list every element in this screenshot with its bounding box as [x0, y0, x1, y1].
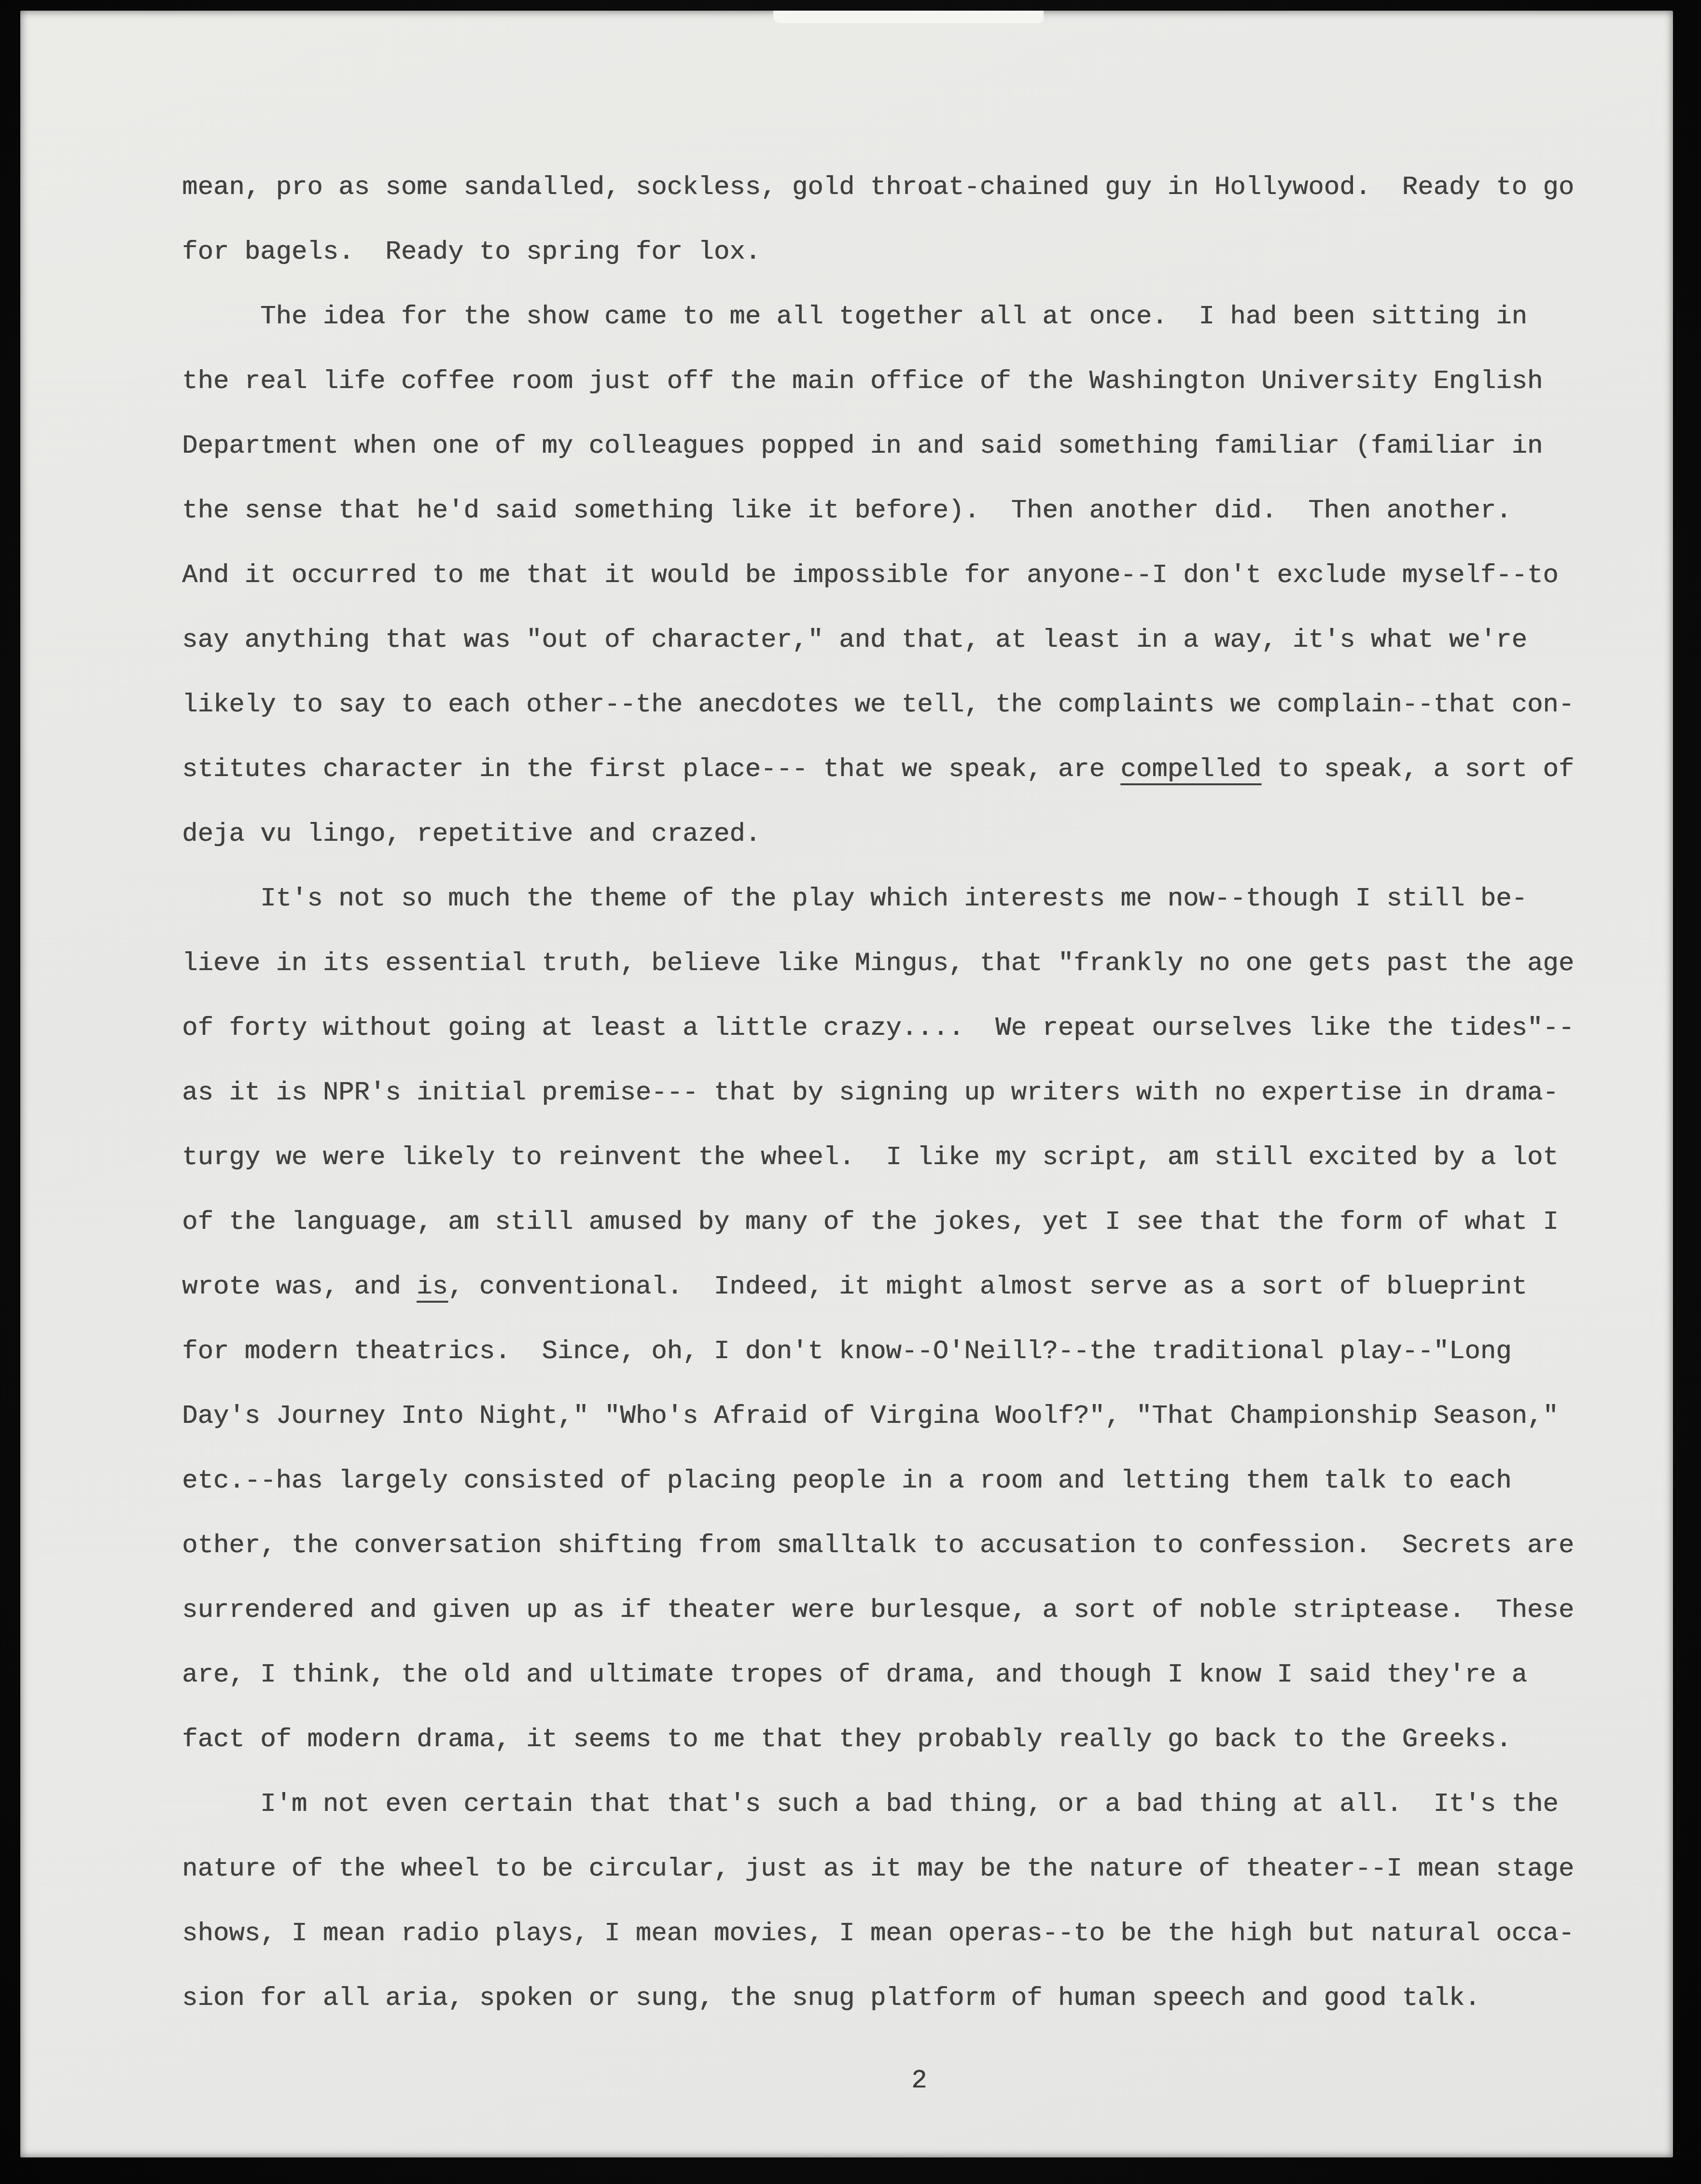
typed-text: fact of modern drama, it seems to me tha… [182, 1725, 1511, 1754]
typed-text: sion for all aria, spoken or sung, the s… [182, 1984, 1480, 2013]
typed-text: of the language, am still amused by many… [182, 1208, 1559, 1237]
typed-text: I'm not even certain that that's such a … [182, 1790, 1559, 1819]
typed-line: are, I think, the old and ultimate trope… [182, 1643, 1630, 1708]
typed-text: the real life coffee room just off the m… [182, 367, 1543, 396]
typed-text: wrote was, and [182, 1272, 417, 1302]
typed-line: as it is NPR's initial premise--- that b… [182, 1061, 1630, 1126]
typed-text: for bagels. Ready to spring for lox. [182, 237, 761, 267]
typed-text: are, I think, the old and ultimate trope… [182, 1660, 1527, 1690]
typed-line: Department when one of my colleagues pop… [182, 414, 1630, 479]
torn-paper-edge [773, 11, 1044, 23]
typed-line: wrote was, and is, conventional. Indeed,… [182, 1255, 1630, 1320]
underlined-word: compelled [1120, 755, 1261, 784]
typed-text: It's not so much the theme of the play w… [182, 884, 1527, 914]
typed-text-block: mean, pro as some sandalled, sockless, g… [182, 155, 1630, 2031]
typed-text: And it occurred to me that it would be i… [182, 561, 1559, 590]
typed-text: mean, pro as some sandalled, sockless, g… [182, 173, 1574, 202]
typed-line: etc.--has largely consisted of placing p… [182, 1449, 1630, 1514]
typed-line: fact of modern drama, it seems to me tha… [182, 1708, 1630, 1772]
typed-line: nature of the wheel to be circular, just… [182, 1837, 1630, 1902]
typed-line: of forty without going at least a little… [182, 996, 1630, 1061]
typed-text: other, the conversation shifting from sm… [182, 1531, 1574, 1560]
typed-text: stitutes character in the first place---… [182, 755, 1120, 784]
typed-line: lieve in its essential truth, believe li… [182, 932, 1630, 996]
typed-line: I'm not even certain that that's such a … [182, 1772, 1630, 1837]
typed-line: for modern theatrics. Since, oh, I don't… [182, 1320, 1630, 1384]
typed-line: mean, pro as some sandalled, sockless, g… [182, 155, 1630, 220]
typed-line: And it occurred to me that it would be i… [182, 543, 1630, 608]
typed-line: turgy we were likely to reinvent the whe… [182, 1126, 1630, 1190]
paper-sheet: mean, pro as some sandalled, sockless, g… [20, 11, 1673, 2157]
typed-line: The idea for the show came to me all tog… [182, 285, 1630, 349]
typed-text: of forty without going at least a little… [182, 1014, 1574, 1043]
typed-text: surrendered and given up as if theater w… [182, 1596, 1574, 1625]
typed-line: for bagels. Ready to spring for lox. [182, 220, 1630, 285]
typed-text: , conventional. Indeed, it might almost … [448, 1272, 1527, 1302]
typed-text: to speak, a sort of [1261, 755, 1574, 784]
typed-text: etc.--has largely consisted of placing p… [182, 1466, 1511, 1496]
underlined-word: is [417, 1272, 448, 1302]
typed-text: shows, I mean radio plays, I mean movies… [182, 1919, 1574, 1948]
typed-text: for modern theatrics. Since, oh, I don't… [182, 1337, 1511, 1366]
typed-line: deja vu lingo, repetitive and crazed. [182, 802, 1630, 867]
typed-text: Day's Journey Into Night," "Who's Afraid… [182, 1402, 1559, 1431]
typed-line: the real life coffee room just off the m… [182, 349, 1630, 414]
typed-text: say anything that was "out of character,… [182, 626, 1527, 655]
typed-text: likely to say to each other--the anecdot… [182, 690, 1574, 720]
typed-text: nature of the wheel to be circular, just… [182, 1854, 1574, 1884]
typed-text: Department when one of my colleagues pop… [182, 431, 1543, 461]
page-number: 2 [911, 2066, 927, 2097]
typed-text: deja vu lingo, repetitive and crazed. [182, 820, 761, 849]
typed-line: shows, I mean radio plays, I mean movies… [182, 1902, 1630, 1966]
typed-text: as it is NPR's initial premise--- that b… [182, 1078, 1559, 1108]
typed-line: the sense that he'd said something like … [182, 479, 1630, 543]
typed-line: other, the conversation shifting from sm… [182, 1514, 1630, 1578]
typed-line: stitutes character in the first place---… [182, 737, 1630, 802]
typed-line: It's not so much the theme of the play w… [182, 867, 1630, 932]
typed-text: The idea for the show came to me all tog… [182, 302, 1527, 332]
typed-line: surrendered and given up as if theater w… [182, 1578, 1630, 1643]
typed-line: sion for all aria, spoken or sung, the s… [182, 1966, 1630, 2031]
typed-line: Day's Journey Into Night," "Who's Afraid… [182, 1384, 1630, 1449]
typed-text: turgy we were likely to reinvent the whe… [182, 1143, 1559, 1172]
typed-line: say anything that was "out of character,… [182, 608, 1630, 673]
typed-line: of the language, am still amused by many… [182, 1190, 1630, 1255]
typed-line: likely to say to each other--the anecdot… [182, 673, 1630, 737]
typed-text: lieve in its essential truth, believe li… [182, 949, 1574, 978]
typed-text: the sense that he'd said something like … [182, 496, 1511, 526]
